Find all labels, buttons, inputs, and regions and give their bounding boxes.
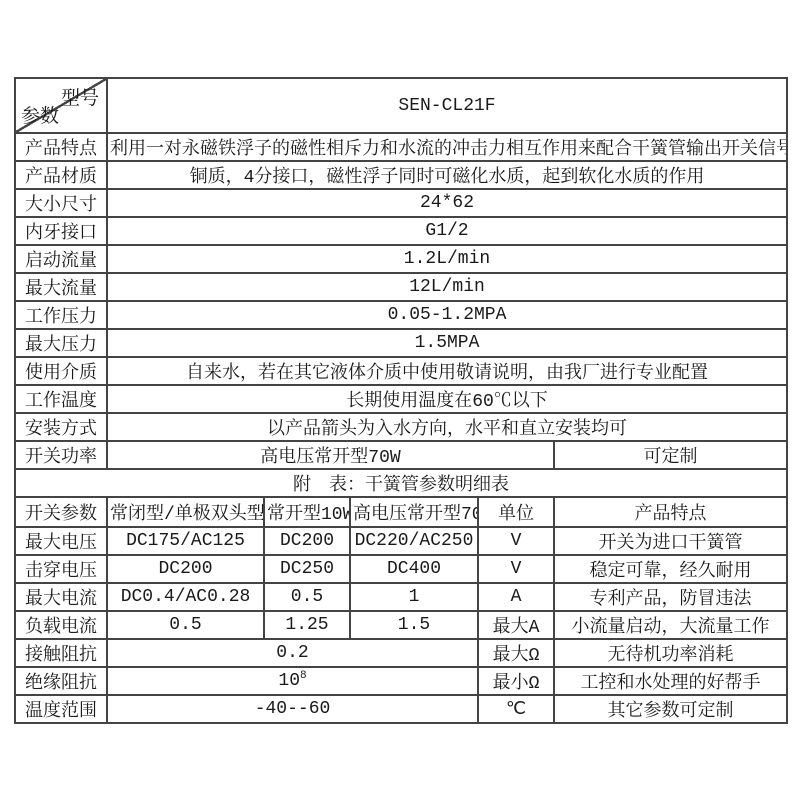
table-row: 大小尺寸 24*62 [15, 189, 787, 217]
subtable-caption-row: 附 表：干簧管参数明细表 [15, 469, 787, 497]
resistance-base: 10 [278, 671, 300, 691]
table-row: 最大压力 1.5MPA [15, 329, 787, 357]
table-row: 安装方式 以产品箭头为入水方向，水平和直立安装均可 [15, 413, 787, 441]
spec-value: 自来水，若在其它液体介质中使用敬请说明，由我厂进行专业配置 [107, 357, 787, 385]
spec-label: 产品特点 [15, 133, 107, 161]
unit-cell: 最大Ω [478, 639, 554, 667]
spec-value: 以产品箭头为入水方向，水平和直立安装均可 [107, 413, 787, 441]
spec-label: 最大流量 [15, 273, 107, 301]
spec-label: 最大压力 [15, 329, 107, 357]
subtable-colhead: 开关参数 [15, 497, 107, 527]
subtable-label: 绝缘阻抗 [15, 667, 107, 695]
spec-label: 启动流量 [15, 245, 107, 273]
spec-value: 24*62 [107, 189, 787, 217]
subtable-cell: DC200 [107, 555, 264, 583]
table-row: 最大电流 DC0.4/AC0.28 0.5 1 A 专利产品，防冒违法 [15, 583, 787, 611]
spec-value: 1.5MPA [107, 329, 787, 357]
subtable-label: 接触阻抗 [15, 639, 107, 667]
subtable-colhead: 产品特点 [554, 497, 787, 527]
subtable-colhead: 单位 [478, 497, 554, 527]
unit-cell: V [478, 527, 554, 555]
table-row: 产品特点 利用一对永磁铁浮子的磁性相斥力和水流的冲击力相互作用来配合干簧管输出开… [15, 133, 787, 161]
table-row: 最大电压 DC175/AC125 DC200 DC220/AC250 V 开关为… [15, 527, 787, 555]
spec-value: 长期使用温度在60℃以下 [107, 385, 787, 413]
table-row: 工作压力 0.05-1.2MPA [15, 301, 787, 329]
subtable-cell: DC250 [264, 555, 350, 583]
spec-label: 工作温度 [15, 385, 107, 413]
spec-label: 使用介质 [15, 357, 107, 385]
feature-cell: 无待机功率消耗 [554, 639, 787, 667]
table-row: 使用介质 自来水，若在其它液体介质中使用敬请说明，由我厂进行专业配置 [15, 357, 787, 385]
subtable-cell: 1 [350, 583, 478, 611]
table-row: 内牙接口 G1/2 [15, 217, 787, 245]
subtable-cell: DC220/AC250 [350, 527, 478, 555]
subtable-colhead: 高电压常开型70W [350, 497, 478, 527]
spec-value: 高电压常开型70W [107, 441, 554, 469]
subtable-cell: DC175/AC125 [107, 527, 264, 555]
header-row: 型号 参数 SEN-CL21F [15, 78, 787, 133]
feature-cell: 稳定可靠，经久耐用 [554, 555, 787, 583]
spec-value: 0.05-1.2MPA [107, 301, 787, 329]
subtable-cell: 1.25 [264, 611, 350, 639]
corner-cell: 型号 参数 [15, 78, 107, 133]
spec-label: 工作压力 [15, 301, 107, 329]
feature-cell: 工控和水处理的好帮手 [554, 667, 787, 695]
subtable-label: 负载电流 [15, 611, 107, 639]
table-row: 产品材质 铜质，4分接口，磁性浮子同时可磁化水质，起到软化水质的作用 [15, 161, 787, 189]
spec-value: 铜质，4分接口，磁性浮子同时可磁化水质，起到软化水质的作用 [107, 161, 787, 189]
subtable-cell: DC200 [264, 527, 350, 555]
subtable-caption: 附 表：干簧管参数明细表 [15, 469, 787, 497]
resistance-exponent: 8 [300, 670, 307, 682]
spec-value: G1/2 [107, 217, 787, 245]
feature-cell: 开关为进口干簧管 [554, 527, 787, 555]
spec-value: 利用一对永磁铁浮子的磁性相斥力和水流的冲击力相互作用来配合干簧管输出开关信号（0… [107, 133, 787, 161]
model-value: SEN-CL21F [107, 78, 787, 133]
spec-sheet: 型号 参数 SEN-CL21F 产品特点 利用一对永磁铁浮子的磁性相斥力和水流的… [14, 77, 786, 724]
unit-cell: V [478, 555, 554, 583]
corner-label-model: 型号 [61, 83, 99, 110]
table-row: 开关功率 高电压常开型70W 可定制 [15, 441, 787, 469]
subtable-span-cell: -40--60 [107, 695, 478, 723]
subtable-cell: 0.5 [264, 583, 350, 611]
unit-cell: 最大A [478, 611, 554, 639]
subtable-label: 最大电流 [15, 583, 107, 611]
table-row: 击穿电压 DC200 DC250 DC400 V 稳定可靠，经久耐用 [15, 555, 787, 583]
subtable-cell: DC400 [350, 555, 478, 583]
table-row: 启动流量 1.2L/min [15, 245, 787, 273]
table-row: 最大流量 12L/min [15, 273, 787, 301]
spec-value-extra: 可定制 [554, 441, 787, 469]
spec-sheet-table: 型号 参数 SEN-CL21F 产品特点 利用一对永磁铁浮子的磁性相斥力和水流的… [14, 77, 788, 724]
feature-cell: 专利产品，防冒违法 [554, 583, 787, 611]
subtable-label: 最大电压 [15, 527, 107, 555]
subtable-cell: DC0.4/AC0.28 [107, 583, 264, 611]
spec-label: 内牙接口 [15, 217, 107, 245]
subtable-cell: 1.5 [350, 611, 478, 639]
table-row: 绝缘阻抗 108 最小Ω 工控和水处理的好帮手 [15, 667, 787, 695]
subtable-colhead: 常闭型/单极双头型5W [107, 497, 264, 527]
spec-value: 12L/min [107, 273, 787, 301]
subtable-cell: 0.5 [107, 611, 264, 639]
spec-label: 产品材质 [15, 161, 107, 189]
unit-cell: 最小Ω [478, 667, 554, 695]
table-row: 负载电流 0.5 1.25 1.5 最大A 小流量启动，大流量工作 [15, 611, 787, 639]
corner-label-param: 参数 [21, 101, 59, 128]
subtable-span-cell: 108 [107, 667, 478, 695]
spec-label: 大小尺寸 [15, 189, 107, 217]
subtable-label: 击穿电压 [15, 555, 107, 583]
subtable-span-cell: 0.2 [107, 639, 478, 667]
feature-cell: 其它参数可定制 [554, 695, 787, 723]
subtable-colhead: 常开型10W [264, 497, 350, 527]
feature-cell: 小流量启动，大流量工作 [554, 611, 787, 639]
unit-cell: A [478, 583, 554, 611]
spec-label: 安装方式 [15, 413, 107, 441]
subtable-label: 温度范围 [15, 695, 107, 723]
table-row: 接触阻抗 0.2 最大Ω 无待机功率消耗 [15, 639, 787, 667]
spec-value: 1.2L/min [107, 245, 787, 273]
subtable-header-row: 开关参数 常闭型/单极双头型5W 常开型10W 高电压常开型70W 单位 产品特… [15, 497, 787, 527]
table-row: 温度范围 -40--60 ℃ 其它参数可定制 [15, 695, 787, 723]
unit-cell: ℃ [478, 695, 554, 723]
spec-label: 开关功率 [15, 441, 107, 469]
table-row: 工作温度 长期使用温度在60℃以下 [15, 385, 787, 413]
